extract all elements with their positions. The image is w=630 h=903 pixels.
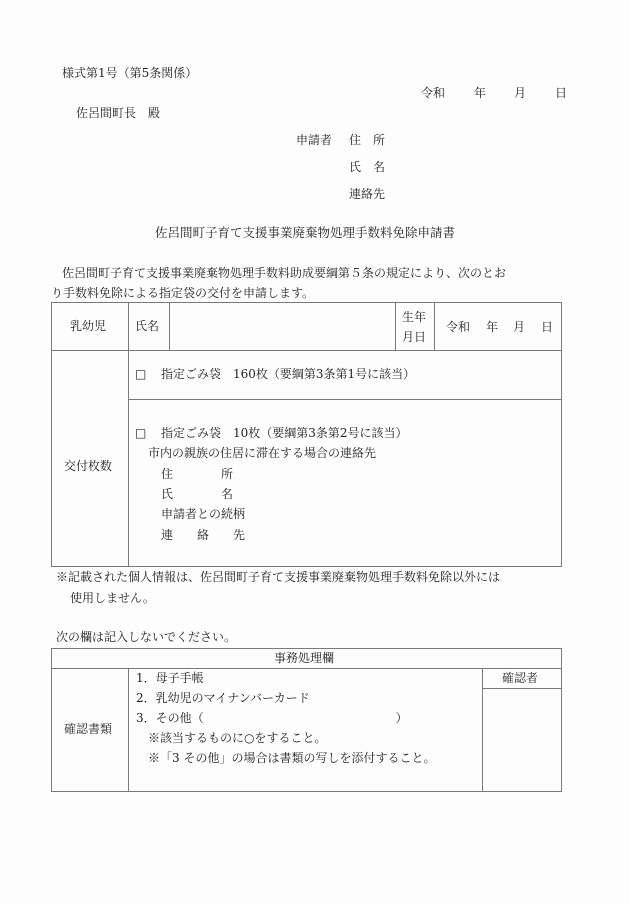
doc-item-2: 2．乳幼児のマイナンバーカード	[136, 691, 310, 705]
applicant-contact-field[interactable]: 連絡先	[349, 187, 385, 201]
doc-item-3: 3．その他（ ）	[136, 711, 408, 725]
applicant-label: 申請者	[296, 133, 332, 147]
table-inner-divider	[128, 399, 562, 400]
confirmer-stamp-area	[483, 689, 561, 791]
date-day-field[interactable]: 日	[555, 86, 567, 100]
birth-month-field[interactable]: 月	[513, 320, 525, 334]
doc-item-1: 1．母子手帳	[136, 671, 204, 685]
addressee: 佐呂間町長 殿	[76, 106, 160, 120]
office-table-border-right	[561, 648, 562, 792]
office-table-border-left	[51, 648, 52, 792]
doc-note-1: ※該当するものに○をすること。	[148, 731, 326, 745]
relative-relationship-field[interactable]: 申請者との続柄	[161, 507, 245, 521]
confirm-docs-label: 確認書類	[64, 722, 112, 736]
birth-year-field[interactable]: 年	[486, 320, 498, 334]
date-month-field[interactable]: 月	[514, 86, 526, 100]
form-number: 様式第1号（第5条関係）	[62, 66, 197, 80]
applicant-name-field[interactable]: 氏 名	[349, 160, 385, 174]
birth-era: 令和	[446, 320, 470, 334]
date-year-field[interactable]: 年	[474, 86, 486, 100]
infant-label: 乳幼児	[70, 319, 106, 333]
table-col-divider	[434, 302, 435, 350]
table-col-divider	[395, 302, 396, 350]
option-1-text: 指定ごみ袋 160枚（要綱第3条第1号に該当）	[161, 367, 415, 381]
birth-label-2: 月日	[402, 330, 426, 344]
relative-address-field[interactable]: 住 所	[161, 467, 233, 481]
confirmer-label: 確認者	[502, 671, 538, 685]
table-col-divider	[128, 302, 129, 567]
document-title: 佐呂間町子育て支援事業廃棄物処理手数料免除申請書	[155, 226, 455, 240]
applicant-address-field[interactable]: 住 所	[349, 133, 385, 147]
relative-name-field[interactable]: 氏 名	[161, 487, 233, 501]
privacy-note-line-1: ※記載された個人情報は、佐呂間町子育て支援事業廃棄物処理手数料免除以外には	[56, 570, 500, 584]
checkbox-option-2[interactable]: □	[135, 426, 146, 440]
office-table-border-top	[51, 648, 562, 649]
name-label: 氏名	[135, 319, 159, 333]
issue-count-label: 交付枚数	[64, 459, 112, 473]
birth-label-1: 生年	[402, 310, 426, 324]
table-border-right	[561, 302, 562, 567]
office-table-header: 事務処理欄	[274, 651, 334, 665]
infant-name-input[interactable]	[170, 303, 394, 349]
date-era: 令和	[421, 86, 445, 100]
option-2-text: 指定ごみ袋 10枚（要綱第3条第2号に該当）	[161, 426, 408, 440]
relative-contact-note: 市内の親族の住居に滞在する場合の連絡先	[148, 446, 376, 460]
privacy-note-line-2: 使用しません。	[70, 591, 155, 605]
table-border-left	[51, 302, 52, 567]
doc-note-2: ※「3 その他」の場合は書類の写しを添付すること。	[148, 751, 435, 765]
intro-line-1: 佐呂間町子育て支援事業廃棄物処理手数料助成要綱第５条の規定により、次のとお	[62, 266, 506, 280]
relative-contact-field[interactable]: 連 絡 先	[161, 528, 245, 542]
office-table-col-divider	[128, 668, 129, 792]
office-use-note: 次の欄は記入しないでください。	[56, 630, 236, 644]
intro-line-2: り手数料免除による指定袋の交付を申請します。	[51, 286, 314, 300]
checkbox-option-1[interactable]: □	[135, 367, 146, 381]
birth-day-field[interactable]: 日	[541, 320, 553, 334]
